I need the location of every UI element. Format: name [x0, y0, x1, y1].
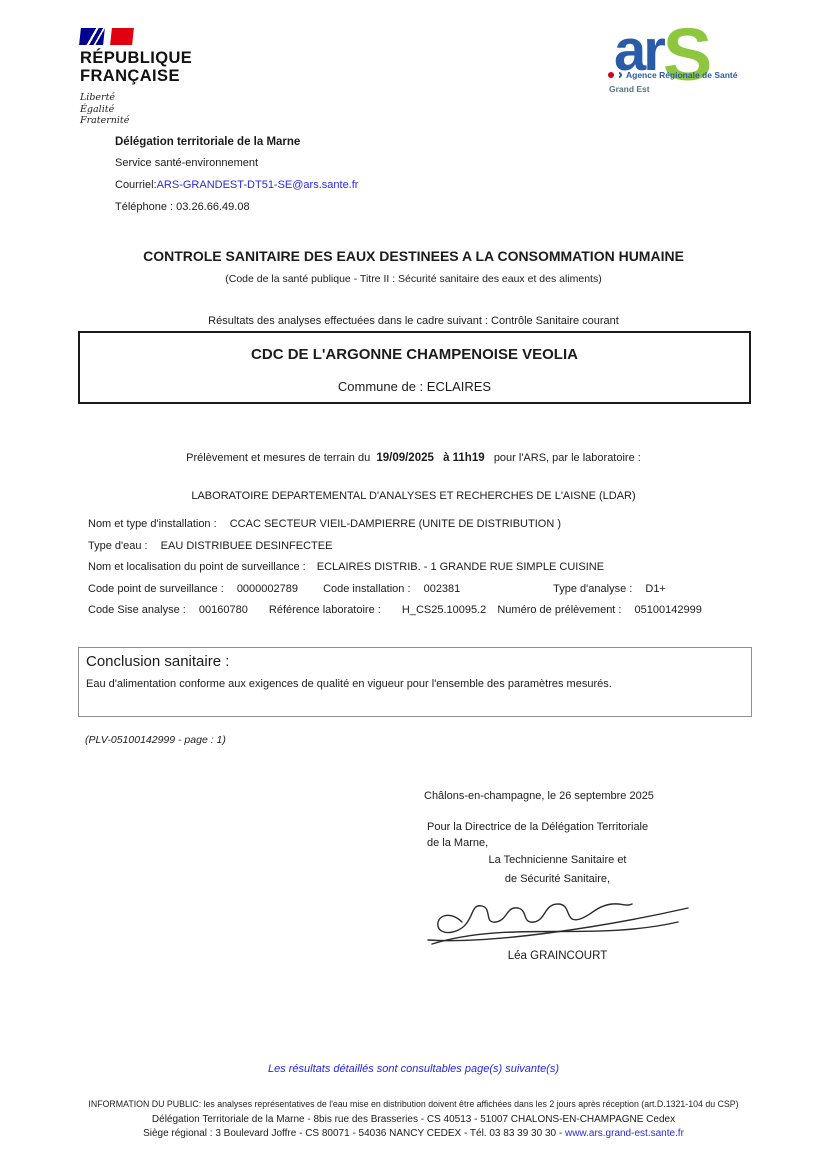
code-point-value: 0000002789	[237, 583, 298, 595]
rf-title: RÉPUBLIQUE FRANÇAISE	[80, 50, 192, 85]
signature-for-line2: de la Marne,	[427, 835, 648, 851]
analysis-type-value: D1+	[645, 583, 666, 595]
laboratory-line: LABORATOIRE DEPARTEMENTAL D'ANALYSES ET …	[0, 490, 827, 502]
network-box: CDC DE L'ARGONNE CHAMPENOISE VEOLIA Comm…	[78, 331, 751, 404]
sample-details: Nom et type d'installation : CCAC SECTEU…	[88, 518, 768, 626]
rf-motto: Liberté Égalité Fraternité	[80, 92, 192, 127]
sampling-prefix: Prélèvement et mesures de terrain du	[186, 452, 370, 464]
sampling-suffix: pour l'ARS, par le laboratoire :	[494, 452, 641, 464]
rf-title-line2: FRANÇAISE	[80, 68, 192, 86]
installation-row: Nom et type d'installation : CCAC SECTEU…	[88, 518, 768, 530]
page-reference: (PLV-05100142999 - page : 1)	[85, 734, 226, 746]
water-type-value: EAU DISTRIBUEE DESINFECTEE	[161, 540, 333, 552]
rf-motto-line3: Fraternité	[80, 115, 192, 127]
analysis-type-label: Type d'analyse :	[553, 583, 632, 595]
surveillance-label: Nom et localisation du point de surveill…	[88, 561, 306, 573]
signatory-name: Léa GRAINCOURT	[455, 950, 660, 962]
rf-motto-line2: Égalité	[80, 104, 192, 116]
public-information-line: INFORMATION DU PUBLIC: les analyses repr…	[0, 1099, 827, 1109]
network-name: CDC DE L'ARGONNE CHAMPENOISE VEOLIA	[80, 346, 749, 363]
service-line: Service santé-environnement	[115, 157, 358, 169]
email-line: Courriel:ARS-GRANDEST-DT51-SE@ars.sante.…	[115, 179, 358, 191]
installation-label: Nom et type d'installation :	[88, 518, 217, 530]
surveillance-value: ECLAIRES DISTRIB. - 1 GRANDE RUE SIMPLE …	[317, 561, 604, 573]
codes-row-1: Code point de surveillance : 0000002789 …	[88, 583, 768, 595]
conclusion-heading: Conclusion sanitaire :	[86, 653, 751, 670]
code-sise-value: 00160780	[199, 604, 248, 616]
document-title: CONTROLE SANITAIRE DES EAUX DESTINEES A …	[0, 248, 827, 264]
signature-delegation: Pour la Directrice de la Délégation Terr…	[427, 819, 648, 851]
sampling-date: 19/09/2025	[376, 452, 434, 464]
french-flag-icon	[80, 28, 192, 45]
code-installation-label: Code installation :	[323, 583, 410, 595]
phone-line: Téléphone : 03.26.66.49.08	[115, 201, 358, 213]
lab-ref-value: H_CS25.10095.2	[402, 604, 486, 616]
ars-blue-arc-icon	[615, 71, 623, 79]
ars-tagline-text: Agence Régionale de Santé	[626, 70, 737, 80]
signature-place-date: Châlons-en-champagne, le 26 septembre 20…	[424, 790, 654, 802]
footer-address-siege-text: Siège régional : 3 Boulevard Joffre - CS…	[143, 1128, 565, 1139]
installation-value: CCAC SECTEUR VIEIL-DAMPIERRE (UNITE DE D…	[230, 518, 561, 530]
delegation-title: Délégation territoriale de la Marne	[115, 136, 358, 148]
results-context-line: Résultats des analyses effectuées dans l…	[0, 315, 827, 327]
sampling-time: à 11h19	[443, 452, 485, 464]
email-link[interactable]: ARS-GRANDEST-DT51-SE@ars.sante.fr	[157, 179, 359, 191]
signature-for-line1: Pour la Directrice de la Délégation Terr…	[427, 819, 648, 835]
ars-region-label: Grand Est	[609, 84, 650, 94]
commune-line: Commune de : ECLAIRES	[80, 379, 749, 394]
flag-red-shape	[110, 28, 134, 45]
flag-blue-shape	[79, 28, 105, 45]
sample-number-label: Numéro de prélèvement :	[497, 604, 621, 616]
code-installation-value: 002381	[424, 583, 461, 595]
codes-row-2: Code Sise analyse : 00160780 Référence l…	[88, 604, 768, 616]
republique-francaise-logo: RÉPUBLIQUE FRANÇAISE Liberté Égalité Fra…	[80, 28, 192, 127]
water-type-row: Type d'eau : EAU DISTRIBUEE DESINFECTEE	[88, 540, 768, 552]
document-page: RÉPUBLIQUE FRANÇAISE Liberté Égalité Fra…	[0, 0, 827, 1169]
code-point-label: Code point de surveillance :	[88, 583, 224, 595]
rf-title-line1: RÉPUBLIQUE	[80, 50, 192, 68]
rf-motto-line1: Liberté	[80, 92, 192, 104]
detailed-results-note: Les résultats détaillés sont consultable…	[0, 1063, 827, 1075]
document-subtitle: (Code de la santé publique - Titre II : …	[0, 273, 827, 285]
contact-block: Délégation territoriale de la Marne Serv…	[115, 136, 358, 223]
conclusion-box: Conclusion sanitaire : Eau d'alimentatio…	[78, 647, 752, 717]
handwritten-signature	[420, 882, 700, 952]
footer-address-siege: Siège régional : 3 Boulevard Joffre - CS…	[0, 1128, 827, 1139]
ars-tagline: Agence Régionale de Santé	[608, 70, 737, 80]
ars-logo: arS Agence Régionale de Santé Grand Est	[608, 26, 768, 121]
sample-number-value: 05100142999	[635, 604, 702, 616]
water-type-label: Type d'eau :	[88, 540, 148, 552]
email-label: Courriel:	[115, 179, 157, 191]
footer-address-marne: Délégation Territoriale de la Marne - 8b…	[0, 1114, 827, 1125]
surveillance-row: Nom et localisation du point de surveill…	[88, 561, 768, 573]
signature-role-line1: La Technicienne Sanitaire et	[455, 851, 660, 870]
code-sise-label: Code Sise analyse :	[88, 604, 186, 616]
ars-website-link[interactable]: www.ars.grand-est.sante.fr	[565, 1128, 684, 1139]
ars-letter-s: S	[663, 13, 712, 96]
ars-red-dot-icon	[608, 72, 614, 78]
lab-ref-label: Référence laboratoire :	[269, 604, 381, 616]
sampling-line: Prélèvement et mesures de terrain du 19/…	[0, 452, 827, 464]
conclusion-text: Eau d'alimentation conforme aux exigence…	[86, 678, 751, 690]
